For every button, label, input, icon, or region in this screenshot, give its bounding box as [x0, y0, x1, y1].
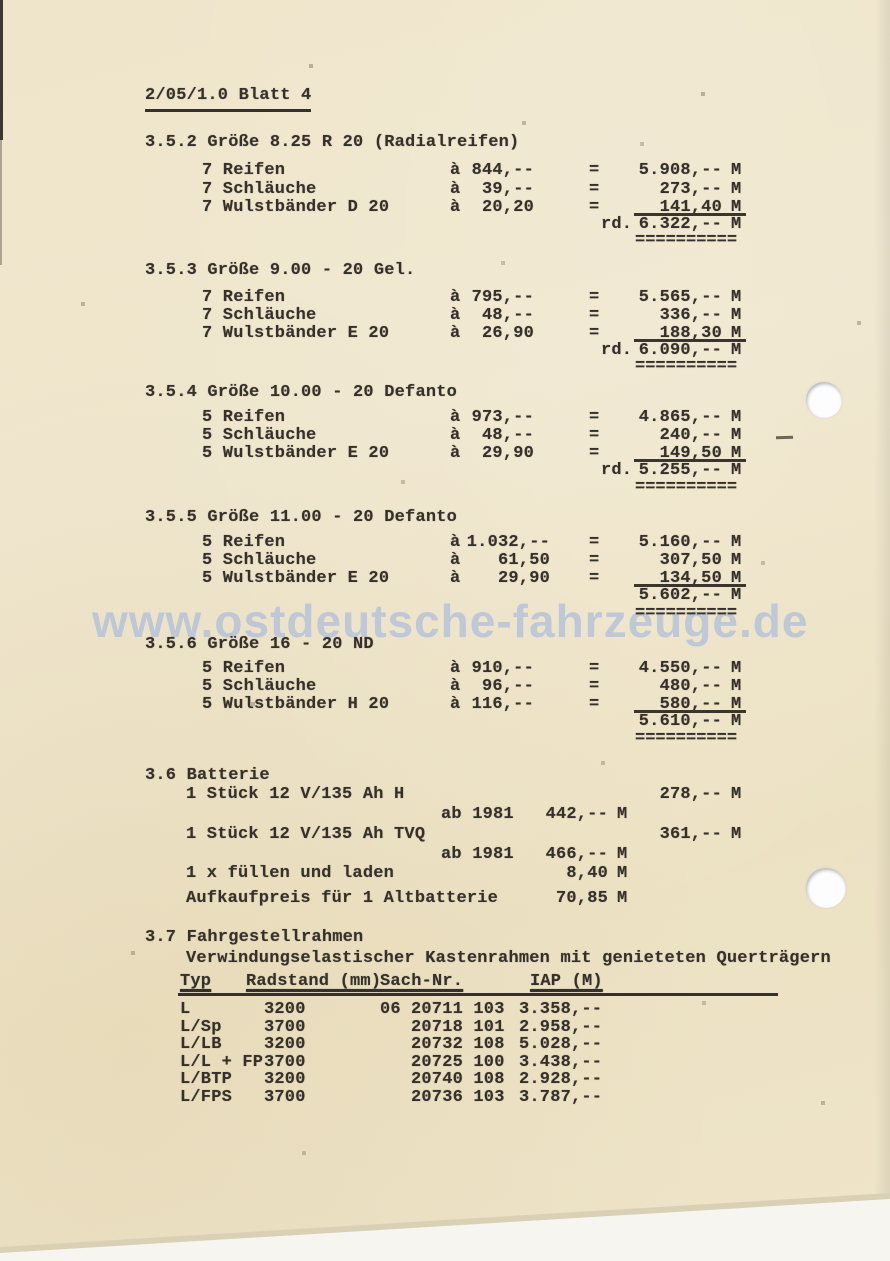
column-header-radstand: Radstand (mm): [246, 972, 381, 992]
currency: M: [731, 288, 741, 308]
unit-price: 844,--: [452, 161, 534, 181]
scan-left-edge: [0, 0, 3, 140]
price-value: 442,--: [520, 805, 608, 825]
total-price: 4.550,--: [624, 659, 722, 679]
section-subtitle: Verwindungselastischer Kastenrahmen mit …: [186, 949, 831, 969]
currency: M: [731, 785, 741, 805]
item-label: 5 Reifen: [202, 533, 285, 553]
total-price: 273,--: [624, 180, 722, 200]
currency: M: [731, 677, 741, 697]
table-row: 7 Schläuche à 39,-- = 273,-- M: [0, 180, 890, 200]
section-heading: 3.6 Batterie: [145, 766, 270, 786]
unit-price: 795,--: [452, 288, 534, 308]
currency: M: [617, 805, 627, 825]
equals-sign: =: [589, 306, 599, 326]
unit-price: 39,--: [452, 180, 534, 200]
sum-row: 5.602,-- M: [0, 586, 890, 606]
table-row: 7 Schläuche à 48,-- = 336,-- M: [0, 306, 890, 326]
battery-item-label: 1 Stück 12 V/135 Ah H: [186, 785, 404, 805]
typ-cell: L: [180, 1000, 190, 1020]
sachnr-cell: 20736 103: [411, 1088, 505, 1108]
chassis-table-row: L/BTP 3200 20740 108 2.928,--: [0, 1070, 890, 1090]
radstand-cell: 3700: [264, 1088, 306, 1108]
battery-line: 1 x füllen und laden 8,40 M: [0, 864, 890, 884]
table-row: 5 Schläuche à 48,-- = 240,-- M: [0, 426, 890, 446]
equals-sign: =: [589, 677, 599, 697]
chassis-table-row: L/FPS 3700 20736 103 3.787,--: [0, 1088, 890, 1108]
double-rule: ==========: [635, 357, 737, 377]
section-heading: 3.5.5 Größe 11.00 - 20 Defanto: [145, 508, 457, 528]
punch-hole-top: [806, 382, 842, 418]
column-header-typ: Typ: [180, 972, 211, 992]
table-row: 5 Reifen à 973,-- = 4.865,-- M: [0, 408, 890, 428]
punch-hole-bottom: [806, 868, 846, 908]
typ-cell: L/BTP: [180, 1070, 232, 1090]
battery-item-label: Aufkaufpreis für 1 Altbatterie: [186, 889, 498, 909]
sum-value: 5.602,--: [624, 586, 722, 606]
currency: M: [731, 180, 741, 200]
chassis-table-row: L/LB 3200 20732 108 5.028,--: [0, 1035, 890, 1055]
unit-price: 61,50: [452, 551, 550, 571]
iap-cell: 5.028,--: [519, 1035, 602, 1055]
item-label: 5 Schläuche: [202, 551, 316, 571]
item-label: 7 Reifen: [202, 288, 285, 308]
table-row: 5 Reifen à 1.032,-- = 5.160,-- M: [0, 533, 890, 553]
unit-price: 1.032,--: [452, 533, 550, 553]
equals-sign: =: [589, 161, 599, 181]
currency: M: [731, 533, 741, 553]
equals-sign: =: [589, 288, 599, 308]
sachnr-cell: 20740 108: [411, 1070, 505, 1090]
equals-sign: =: [589, 180, 599, 200]
battery-line: 1 Stück 12 V/135 Ah H 278,-- M: [0, 785, 890, 805]
total-price: 240,--: [624, 426, 722, 446]
equals-sign: =: [589, 551, 599, 571]
iap-cell: 3.787,--: [519, 1088, 602, 1108]
section-heading: 3.5.4 Größe 10.00 - 20 Defanto: [145, 383, 457, 403]
scanned-document-page: www.ostdeutsche-fahrzeuge.de 2/05/1.0 Bl…: [0, 0, 890, 1261]
battery-line: ab 1981 442,-- M: [0, 805, 890, 825]
price-value: 278,--: [624, 785, 722, 805]
iap-cell: 3.358,--: [519, 1000, 602, 1020]
currency: M: [731, 659, 741, 679]
currency: M: [617, 864, 627, 884]
section-heading: 3.5.3 Größe 9.00 - 20 Gel.: [145, 261, 415, 281]
iap-cell: 2.928,--: [519, 1070, 602, 1090]
currency: M: [731, 408, 741, 428]
item-label: 5 Reifen: [202, 659, 285, 679]
section-heading: 3.5.6 Größe 16 - 20 ND: [145, 635, 374, 655]
pencil-dash-mark: [776, 436, 793, 440]
total-price: 480,--: [624, 677, 722, 697]
double-rule: ==========: [635, 729, 737, 749]
unit-price: 973,--: [452, 408, 534, 428]
currency: M: [731, 825, 741, 845]
table-row: 5 Schläuche à 61,50 = 307,50 M: [0, 551, 890, 571]
price-value: 361,--: [624, 825, 722, 845]
header-line: 2/05/1.0 Blatt 4: [0, 86, 890, 106]
total-price: 5.908,--: [624, 161, 722, 181]
price-value: 70,85: [520, 889, 608, 909]
radstand-cell: 3200: [264, 1035, 306, 1055]
total-price: 4.865,--: [624, 408, 722, 428]
currency: M: [617, 889, 627, 909]
equals-sign: =: [589, 426, 599, 446]
unit-price: 96,--: [452, 677, 534, 697]
battery-line: ab 1981 466,-- M: [0, 845, 890, 865]
total-price: 5.565,--: [624, 288, 722, 308]
price-value: 466,--: [520, 845, 608, 865]
section-heading: 3.7 Fahrgestellrahmen: [145, 928, 363, 948]
double-rule: ==========: [635, 231, 737, 251]
table-header-rule: [178, 993, 778, 996]
currency: M: [731, 161, 741, 181]
currency: M: [731, 426, 741, 446]
battery-line: Aufkaufpreis für 1 Altbatterie 70,85 M: [0, 889, 890, 909]
column-header-iap: IAP (M): [530, 972, 603, 992]
item-label: 7 Reifen: [202, 161, 285, 181]
sachnr-cell: 20732 108: [411, 1035, 505, 1055]
double-rule: ==========: [635, 478, 737, 498]
sachnr-cell: 20711 103: [411, 1000, 505, 1020]
total-price: 5.160,--: [624, 533, 722, 553]
valid-from-label: ab 1981: [441, 805, 514, 825]
item-label: 7 Schläuche: [202, 180, 316, 200]
item-label: 5 Schläuche: [202, 426, 316, 446]
item-label: 5 Schläuche: [202, 677, 316, 697]
currency: M: [731, 586, 741, 606]
equals-sign: =: [589, 408, 599, 428]
item-label: 5 Reifen: [202, 408, 285, 428]
equals-sign: =: [589, 533, 599, 553]
table-row: 5 Reifen à 910,-- = 4.550,-- M: [0, 659, 890, 679]
valid-from-label: ab 1981: [441, 845, 514, 865]
page-header: 2/05/1.0 Blatt 4: [145, 86, 311, 112]
item-label: 7 Schläuche: [202, 306, 316, 326]
table-row: 7 Reifen à 844,-- = 5.908,-- M: [0, 161, 890, 181]
total-price: 307,50: [624, 551, 722, 571]
column-header-sachnr: Sach-Nr.: [380, 972, 463, 992]
currency: M: [731, 551, 741, 571]
scan-right-shade: [874, 0, 890, 1261]
equals-sign: =: [589, 659, 599, 679]
typ-cell: L/LB: [180, 1035, 222, 1055]
radstand-cell: 3200: [264, 1000, 306, 1020]
unit-price: 48,--: [452, 306, 534, 326]
table-row: 5 Schläuche à 96,-- = 480,-- M: [0, 677, 890, 697]
table-row: 7 Reifen à 795,-- = 5.565,-- M: [0, 288, 890, 308]
document-content: 2/05/1.0 Blatt 4 3.5.2 Größe 8.25 R 20 (…: [0, 0, 890, 1261]
typ-cell: L/FPS: [180, 1088, 232, 1108]
unit-price: 48,--: [452, 426, 534, 446]
battery-line: 1 Stück 12 V/135 Ah TVQ 361,-- M: [0, 825, 890, 845]
currency: M: [617, 845, 627, 865]
currency: M: [731, 306, 741, 326]
double-rule: ==========: [635, 604, 737, 624]
chassis-table-header: Typ Radstand (mm) Sach-Nr. IAP (M): [0, 972, 890, 992]
sachnr-prefix-cell: 06: [380, 1000, 401, 1020]
section-heading: 3.5.2 Größe 8.25 R 20 (Radialreifen): [145, 133, 519, 153]
price-value: 8,40: [520, 864, 608, 884]
battery-item-label: 1 x füllen und laden: [186, 864, 394, 884]
total-price: 336,--: [624, 306, 722, 326]
unit-price: 910,--: [452, 659, 534, 679]
chassis-table-row: L 3200 06 20711 103 3.358,--: [0, 1000, 890, 1020]
radstand-cell: 3200: [264, 1070, 306, 1090]
battery-item-label: 1 Stück 12 V/135 Ah TVQ: [186, 825, 425, 845]
